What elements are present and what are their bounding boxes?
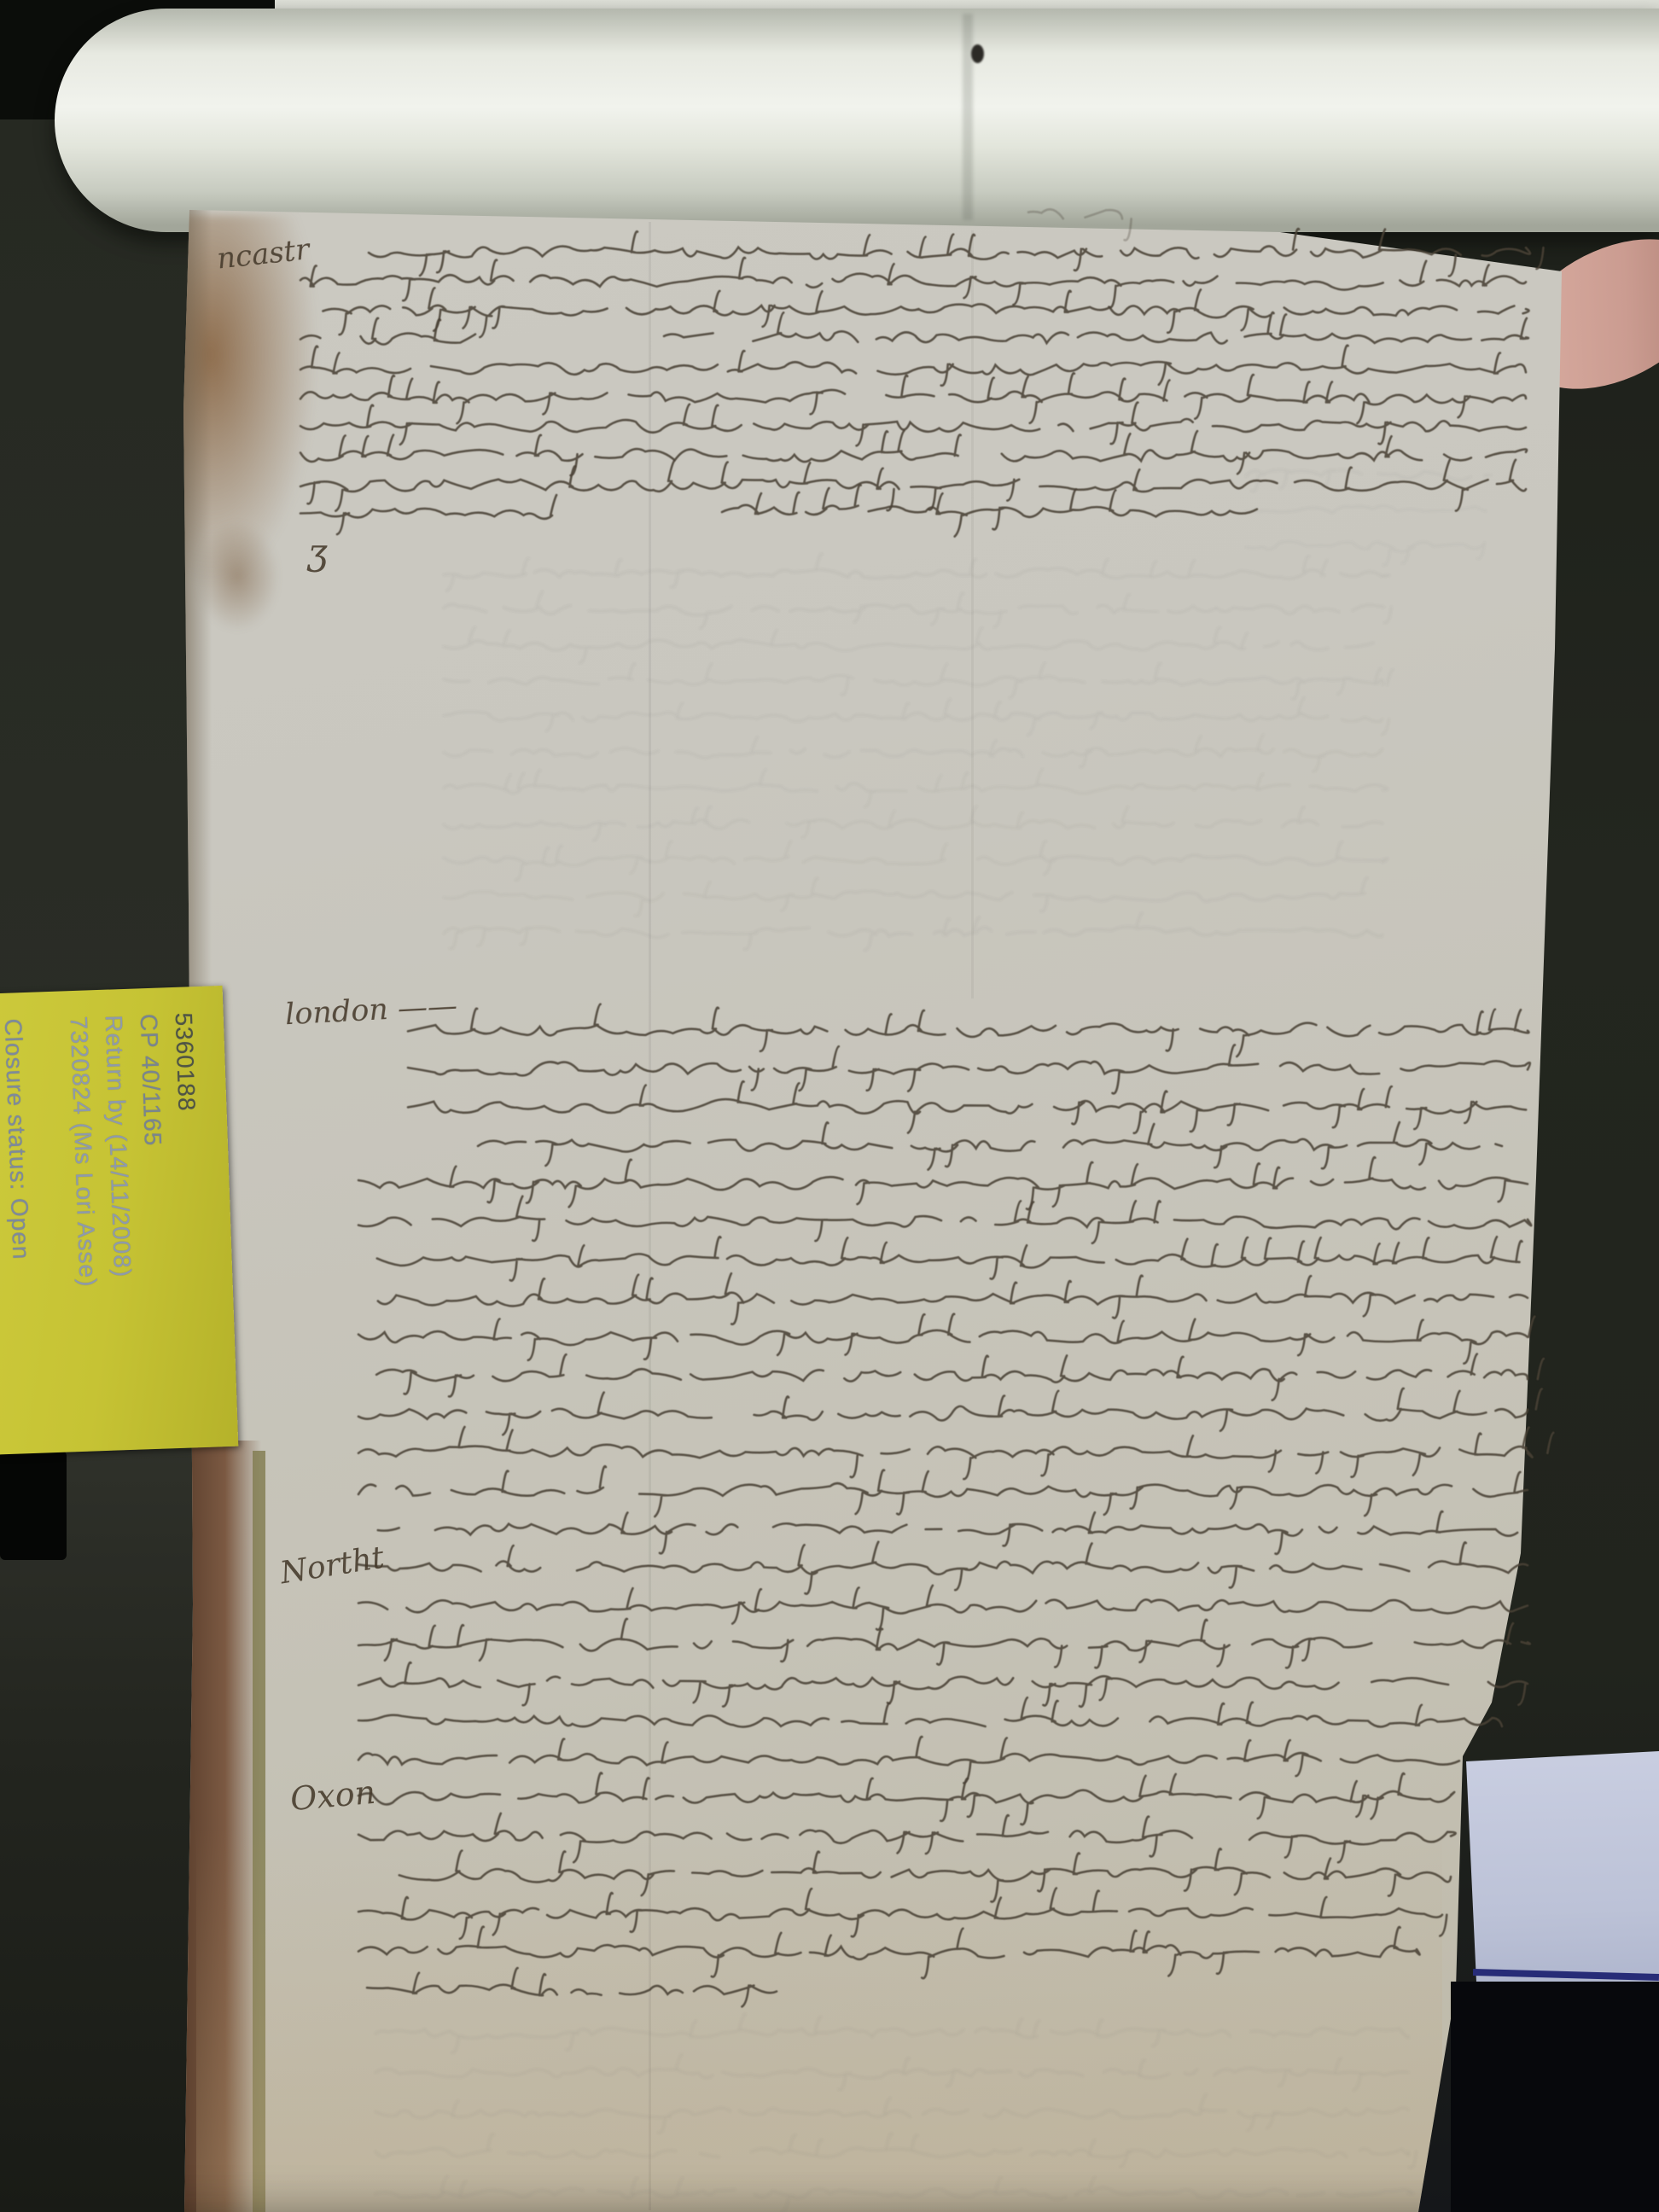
left-edge-brown-band (181, 1441, 261, 2212)
left-edge-olive-line (253, 1451, 265, 2212)
parchment-membrane (0, 0, 1659, 2212)
roll-notch-hole (971, 44, 984, 63)
rolled-parchment-bundle (55, 9, 1659, 232)
paragraph-mark: ʒ (307, 531, 328, 573)
white-card-corner (1459, 1751, 1659, 1995)
vertical-crease (649, 222, 651, 2210)
label-closure-status: Closure status: Open (0, 1018, 45, 1454)
photograph-of-medieval-plea-roll: ncastrlondon ——NorthtOxonʒ 5360188 CP 40… (0, 0, 1659, 2212)
brown-stain-small (195, 521, 280, 632)
dark-clip-object (0, 1451, 67, 1560)
vertical-crease (971, 230, 974, 998)
archival-label-text: 5360188 CP 40/1165 Return by (14/11/2008… (0, 986, 238, 1455)
table-background-bottom-right (1451, 1982, 1659, 2212)
margin-note-oxon: Oxon (288, 1773, 376, 1819)
bottom-warm-tint (196, 1826, 1442, 2212)
archival-label: 5360188 CP 40/1165 Return by (14/11/2008… (0, 986, 238, 1455)
roll-crease (963, 14, 973, 220)
